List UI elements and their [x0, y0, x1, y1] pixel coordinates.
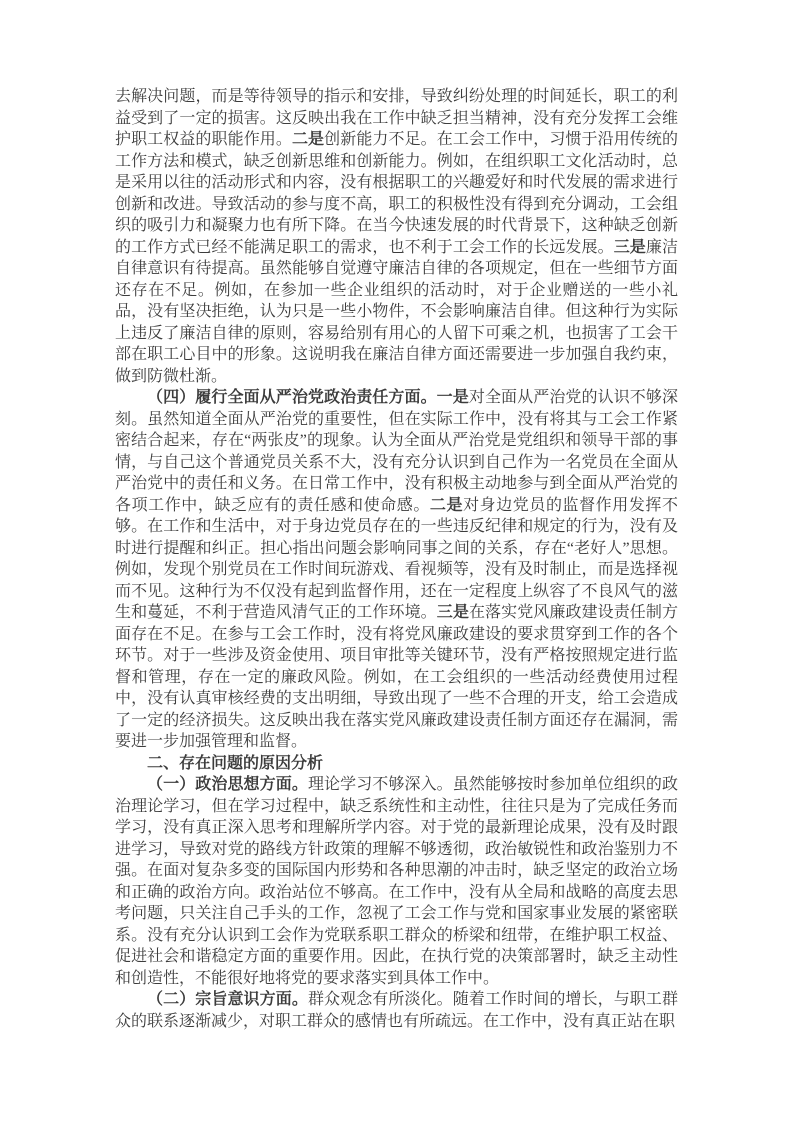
text-run-bold: 三是	[614, 239, 646, 256]
text-run-bold: 二是	[430, 497, 463, 514]
paragraph: （一）政治思想方面。理论学习不够深入。虽然能够按时参加单位组织的政治理论学习，但…	[115, 774, 678, 989]
heading-text: 二、存在问题的原因分析	[147, 755, 323, 772]
text-run: 理论学习不够深入。虽然能够按时参加单位组织的政治理论学习，但在学习过程中，缺乏系…	[115, 776, 678, 987]
document-body: 去解决问题，而是等待领导的指示和安排，导致纠纷处理的时间延长，职工的利益受到了一…	[115, 86, 678, 1032]
text-run-bold: （二）宗旨意识方面。	[147, 991, 308, 1008]
section-heading: 二、存在问题的原因分析	[115, 753, 678, 775]
text-run: 对身边党员的监督作用发挥不够。在工作和生活中，对于身边党员存在的一些违反纪律和规…	[115, 497, 678, 622]
text-run: 廉洁自律意识有待提高。虽然能够自觉遵守廉洁自律的各项规定，但在一些细节方面还存在…	[115, 239, 678, 385]
paragraph: （二）宗旨意识方面。群众观念有所淡化。随着工作时间的增长，与职工群众的联系逐渐减…	[115, 989, 678, 1032]
text-run-bold: 二是	[292, 131, 324, 148]
paragraph: （四）履行全面从严治党政治责任方面。一是对全面从严治党的认识不够深刻。虽然知道全…	[115, 387, 678, 753]
text-run-bold: （四）履行全面从严治党政治责任方面。一是	[147, 389, 469, 406]
paragraph: 去解决问题，而是等待领导的指示和安排，导致纠纷处理的时间延长，职工的利益受到了一…	[115, 86, 678, 387]
text-run: 在落实党风廉政建设责任制方面存在不足。在参与工会工作时，没有将党风廉政建设的要求…	[115, 604, 678, 750]
text-run: 创新能力不足。在工会工作中，习惯于沿用传统的工作方法和模式，缺乏创新思维和创新能…	[115, 131, 678, 256]
text-run-bold: （一）政治思想方面。	[147, 776, 308, 793]
text-run-bold: 三是	[437, 604, 469, 621]
document-page: 去解决问题，而是等待领导的指示和安排，导致纠纷处理的时间延长，职工的利益受到了一…	[0, 0, 793, 1122]
text-run: 对全面从严治党的认识不够深刻。虽然知道全面从严治党的重要性，但在实际工作中，没有…	[115, 389, 678, 514]
